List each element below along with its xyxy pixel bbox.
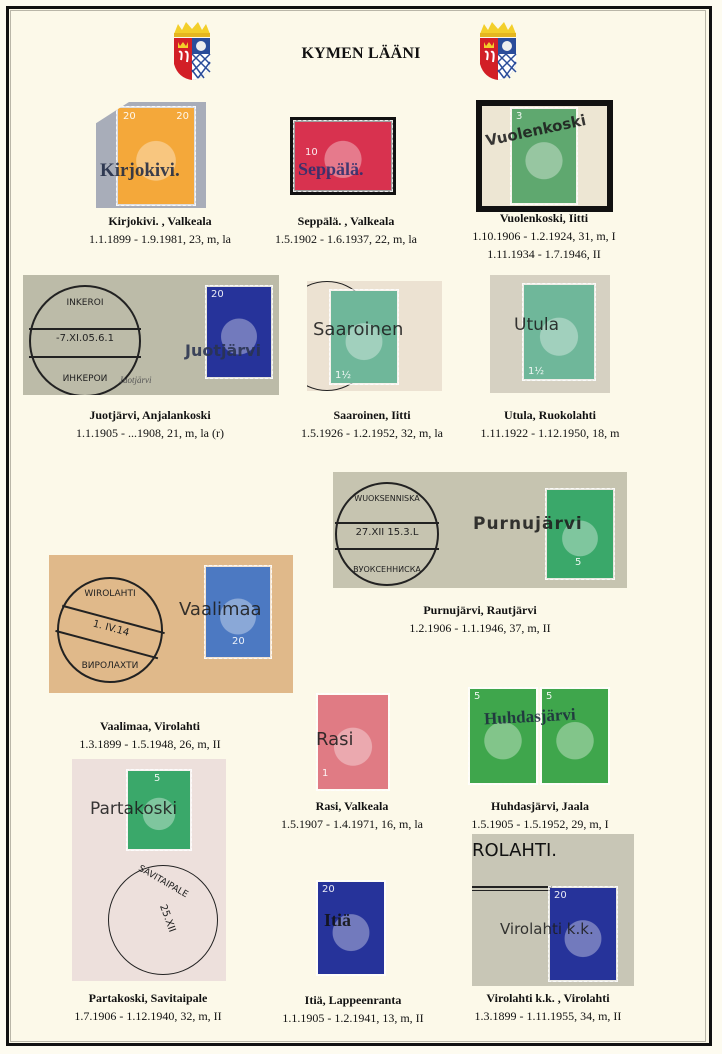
caption-vaalimaa: Vaalimaa, Virolahti 1.3.1899 - 1.5.1948,… (50, 717, 250, 753)
stamp-piece-kirjokivi: 20 20 Kirjokivi. (96, 102, 206, 208)
caption-utula: Utula, Ruokolahti 1.11.1922 - 1.12.1950,… (450, 406, 650, 442)
cancellation: Vaalimaa (179, 599, 262, 620)
cancellation: Saaroinen (313, 319, 403, 340)
cancellation: Juotjärvi (185, 341, 261, 360)
caption-juotjarvi: Juotjärvi, Anjalankoski 1.1.1905 - ...19… (50, 406, 250, 442)
stamp: 20 (207, 287, 271, 377)
printed-text: ROLAHTI. (472, 840, 557, 861)
cancellation: Utula (514, 315, 559, 335)
coat-of-arms-icon (476, 20, 520, 82)
stamp-piece-partakoski: 5 Partakoski SAVITAIPALE 25.XII (72, 759, 226, 981)
cancellation: Kirjokivi. (100, 160, 180, 182)
stamp-mount: 10 Seppälä. (290, 117, 396, 195)
stamp-huhdasjarvi-right: 5 (542, 689, 608, 783)
postmark: SAVITAIPALE 25.XII (108, 865, 218, 975)
stamp-huhdasjarvi-left: 5 (470, 689, 536, 783)
page-title: KYMEN LÄÄNI (0, 45, 722, 63)
stamp: 20 20 (118, 108, 194, 204)
postmark: WUOKSENNISKA 27.XII 15.3.L ВУОКСЕННИСКА (335, 482, 439, 586)
stamp-mount: 3 Vuolenkoski (476, 100, 613, 212)
caption-partakoski: Partakoski, Savitaipale 1.7.1906 - 1.12.… (48, 989, 248, 1025)
stamp: 5 (547, 490, 613, 578)
caption-seppala: Seppälä. , Valkeala 1.5.1902 - 1.6.1937,… (246, 212, 446, 248)
cancellation: Rasi (316, 729, 354, 750)
stamp-piece-utula: 1½ Utula (490, 275, 610, 393)
postmark: WIROLAHTI 1. IV.14 ВИРОЛАХТИ (57, 577, 163, 683)
cancellation: Itiä (324, 910, 351, 931)
cancellation: Seppälä. (298, 159, 364, 180)
stamp-piece-purnujarvi: WUOKSENNISKA 27.XII 15.3.L ВУОКСЕННИСКА … (333, 472, 627, 588)
cancellation: Partakoski (90, 799, 177, 819)
stamp-itia: 20 Itiä (318, 882, 384, 974)
caption-virolahti: Virolahti k.k. , Virolahti 1.3.1899 - 1.… (448, 989, 648, 1025)
stamp-piece-saaroinen: 1½ Saaroinen (307, 281, 442, 391)
stamp-rasi: 1 Rasi (318, 695, 388, 789)
caption-purnujarvi: Purnujärvi, Rautjärvi 1.2.1906 - 1.1.194… (380, 601, 580, 637)
caption-kirjokivi: Kirjokivi. , Valkeala 1.1.1899 - 1.9.198… (60, 212, 260, 248)
stamp-piece-virolahti: ROLAHTI. 20 Virolahti k.k. (472, 834, 634, 986)
caption-rasi: Rasi, Valkeala 1.5.1907 - 1.4.1971, 16, … (252, 797, 452, 833)
caption-vuolenkoski: Vuolenkoski, Iitti 1.10.1906 - 1.2.1924,… (444, 209, 644, 263)
handwritten-note: Juotjärvi (119, 375, 152, 385)
cancellation: Virolahti k.k. (500, 920, 594, 938)
caption-huhdasjarvi: Huhdasjärvi, Jaala 1.5.1905 - 1.5.1952, … (440, 797, 640, 833)
stamp-piece-juotjarvi: INKEROI -7.XI.05.6.1 ИНКЕРОИ 20 Juotjärv… (23, 275, 279, 395)
stamp-piece-vaalimaa: WIROLAHTI 1. IV.14 ВИРОЛАХТИ 20 Vaalimaa (49, 555, 293, 693)
caption-itia: Itiä, Lappeenranta 1.1.1905 - 1.2.1941, … (253, 991, 453, 1027)
caption-saaroinen: Saaroinen, Iitti 1.5.1926 - 1.2.1952, 32… (272, 406, 472, 442)
cancellation: Purnujärvi (473, 514, 583, 534)
